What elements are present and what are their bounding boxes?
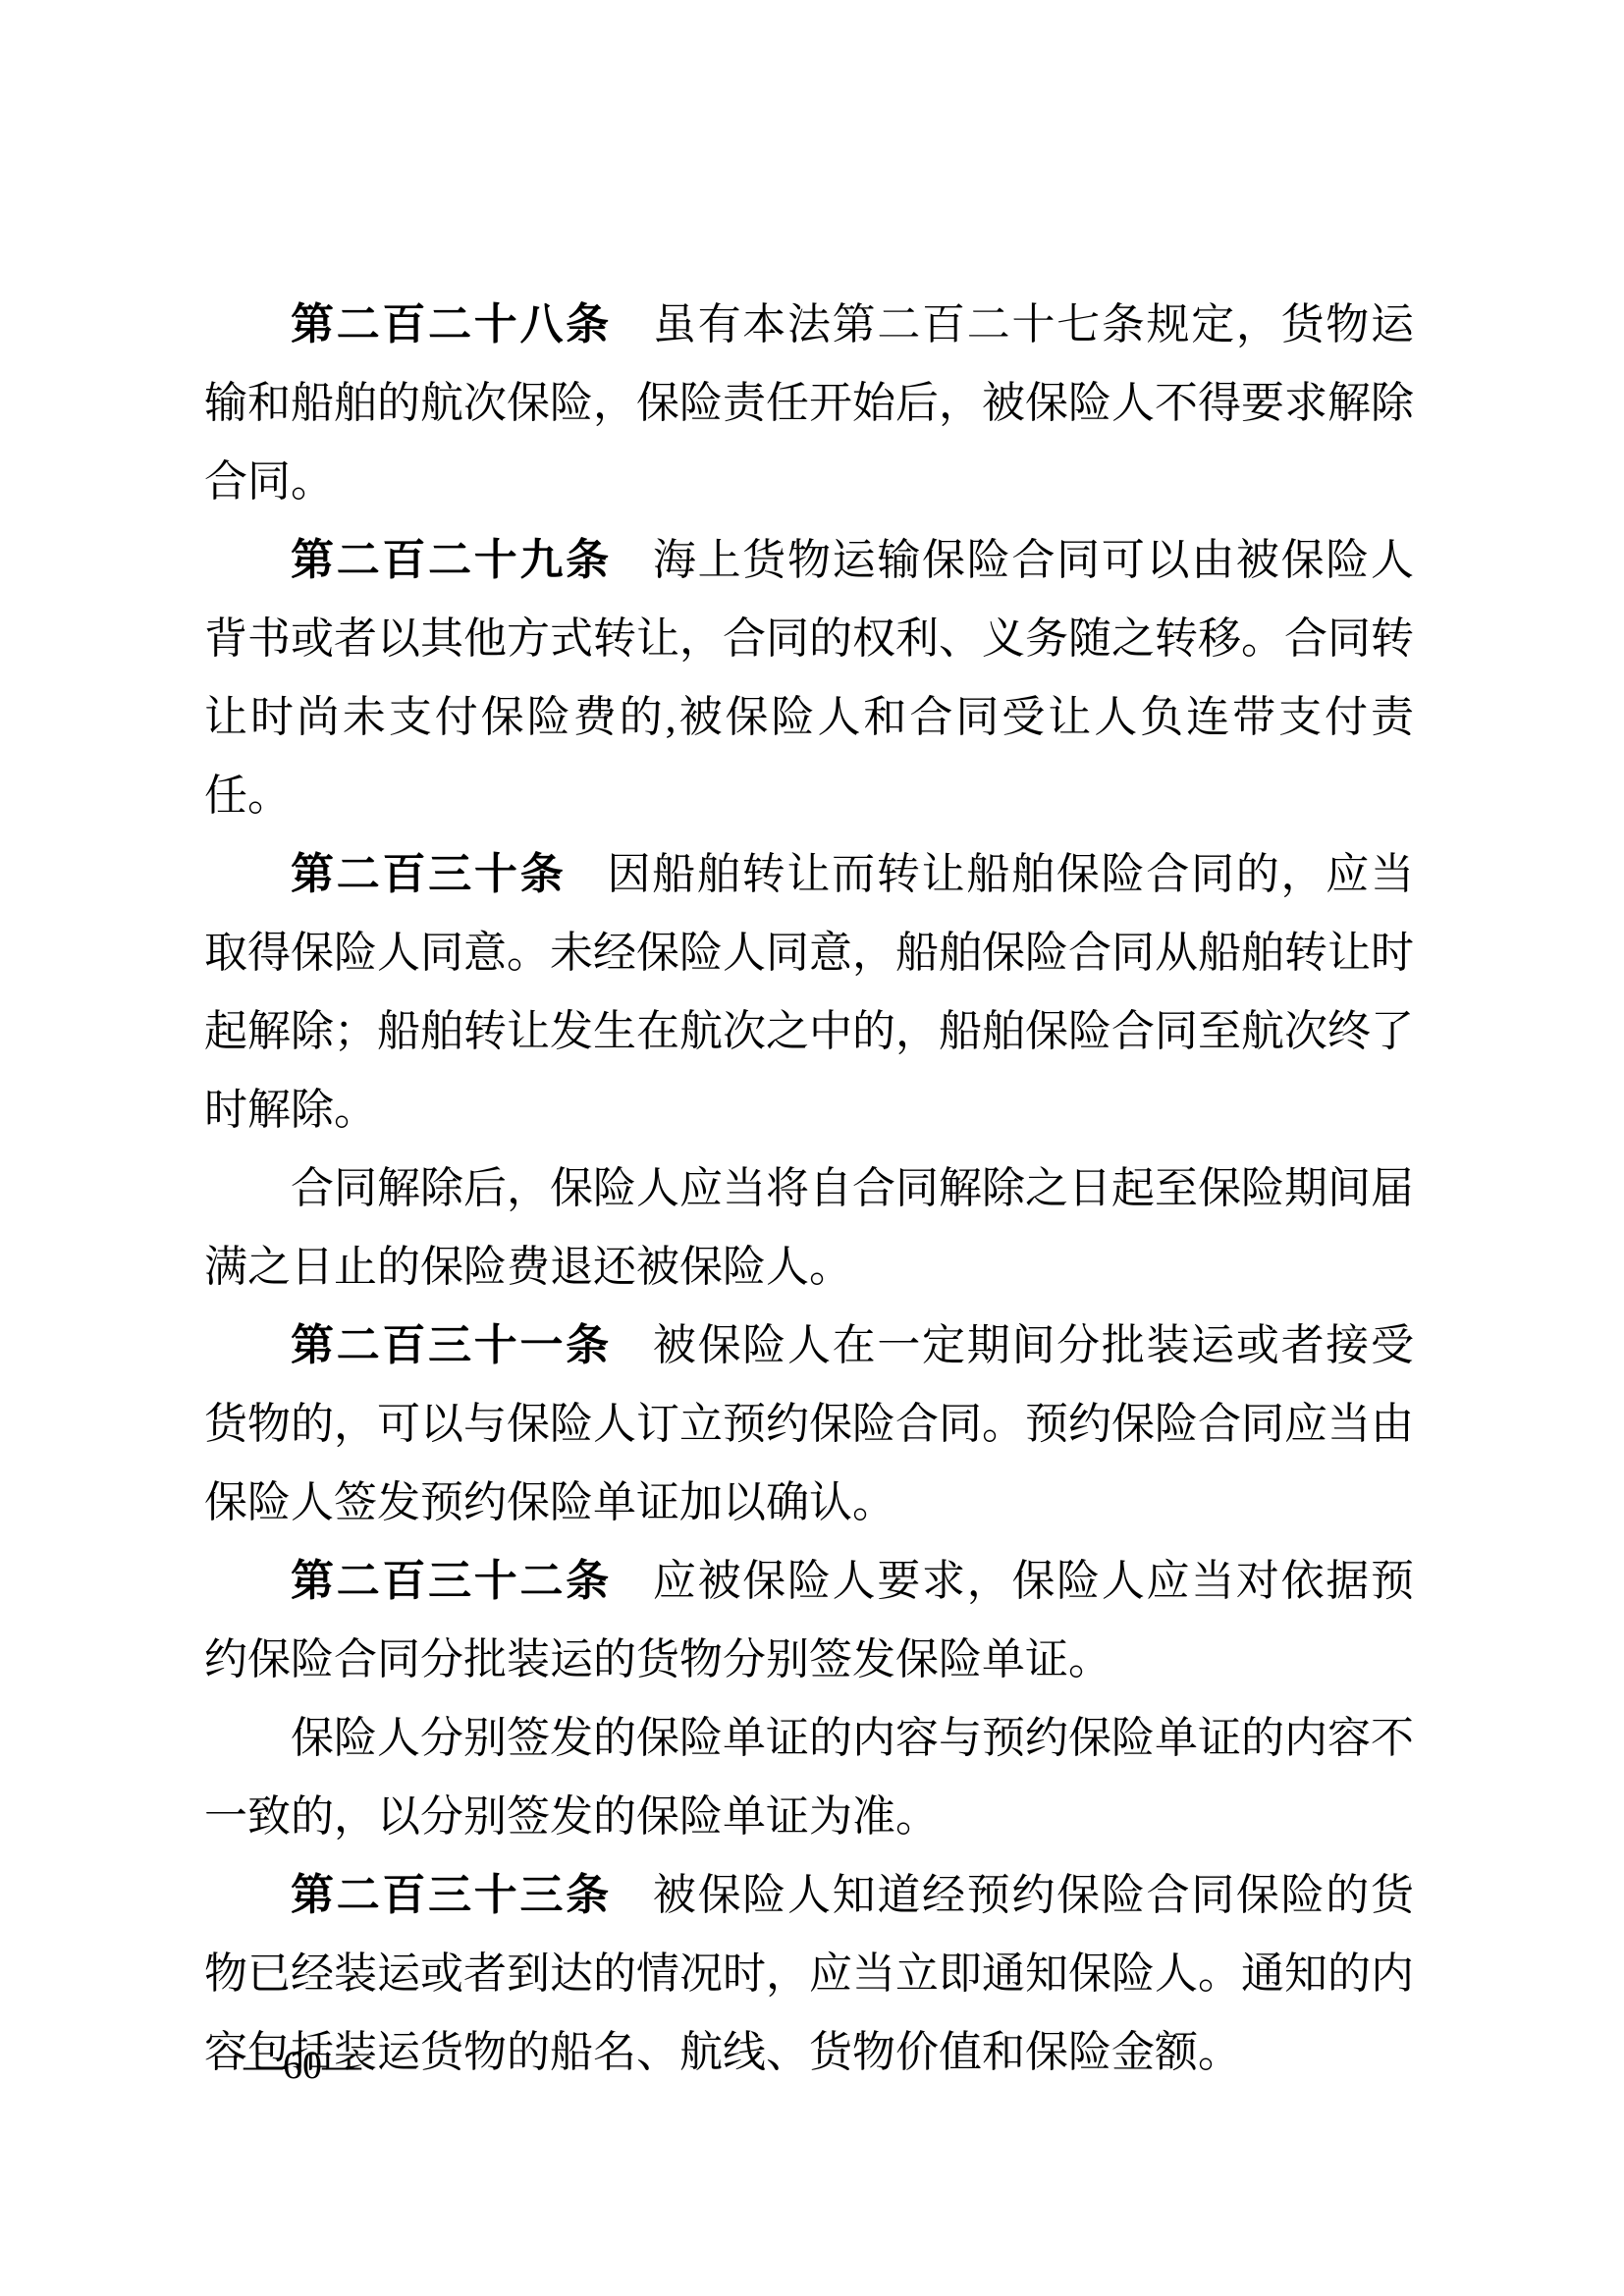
continuation-paragraph: 保险人分别签发的保险单证的内容与预约保险单证的内容不一致的，以分别签发的保险单证… — [204, 1699, 1414, 1856]
statute-text-block: 第二百二十八条虽有本法第二百二十七条规定，货物运输和船舶的航次保险，保险责任开始… — [204, 286, 1414, 2092]
article-paragraph: 第二百三十三条被保险人知道经预约保险合同保险的货物已经装运或者到达的情况时，应当… — [204, 1856, 1414, 2092]
article-body-text: 合同解除后，保险人应当将自合同解除之日起至保险期间届满之日止的保险费退还被保险人… — [204, 1164, 1414, 1291]
continuation-paragraph: 合同解除后，保险人应当将自合同解除之日起至保险期间届满之日止的保险费退还被保险人… — [204, 1149, 1414, 1307]
page-number: —60— — [244, 2044, 361, 2087]
article-number: 第二百三十三条 — [291, 1870, 612, 1920]
article-body-text: 保险人分别签发的保险单证的内容与预约保险单证的内容不一致的，以分别签发的保险单证… — [204, 1714, 1414, 1841]
article-number: 第二百二十九条 — [291, 535, 612, 585]
article-paragraph: 第二百三十一条被保险人在一定期间分批装运或者接受货物的，可以与保险人订立预约保险… — [204, 1307, 1414, 1542]
article-paragraph: 第二百二十九条海上货物运输保险合同可以由被保险人背书或者以其他方式转让，合同的权… — [204, 521, 1414, 835]
article-paragraph: 第二百二十八条虽有本法第二百二十七条规定，货物运输和船舶的航次保险，保险责任开始… — [204, 286, 1414, 521]
article-paragraph: 第二百三十条因船舶转让而转让船舶保险合同的，应当取得保险人同意。未经保险人同意，… — [204, 835, 1414, 1149]
article-number: 第二百三十条 — [291, 849, 566, 899]
document-page: 第二百二十八条虽有本法第二百二十七条规定，货物运输和船舶的航次保险，保险责任开始… — [0, 0, 1624, 2296]
article-number: 第二百三十一条 — [291, 1320, 612, 1370]
article-paragraph: 第二百三十二条应被保险人要求，保险人应当对依据预约保险合同分批装运的货物分别签发… — [204, 1542, 1414, 1699]
article-number: 第二百三十二条 — [291, 1556, 612, 1606]
article-number: 第二百二十八条 — [291, 299, 612, 349]
